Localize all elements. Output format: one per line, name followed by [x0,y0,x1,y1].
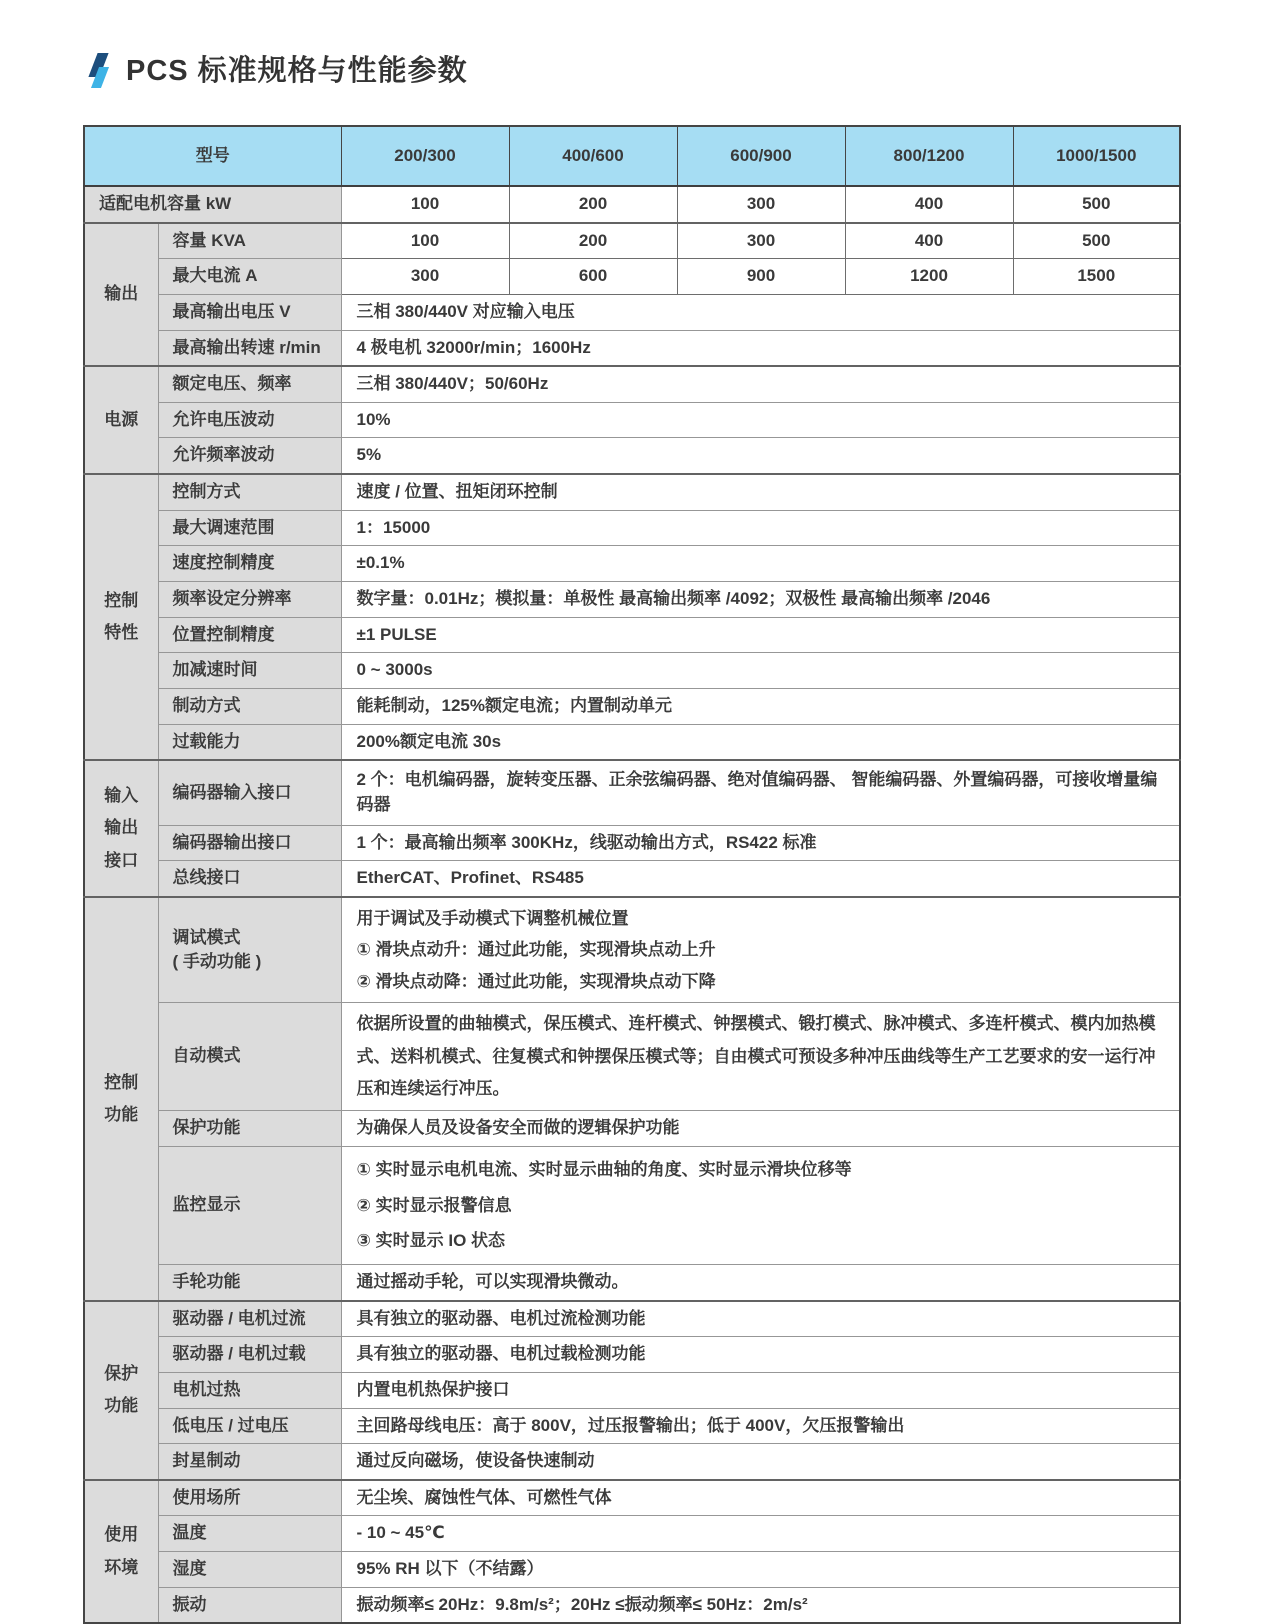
value-cell: 10% [341,402,1180,438]
row-label: 编码器输出接口 [158,825,341,861]
row-label: 控制方式 [158,474,341,510]
row-label: 总线接口 [158,861,341,897]
row-label: 加减速时间 [158,653,341,689]
row-label: 制动方式 [158,688,341,724]
value-cell: 具有独立的驱动器、电机过载检测功能 [341,1337,1180,1373]
row-label: 保护功能 [158,1111,341,1147]
value-cell: 1 个：最高输出频率 300KHz，线驱动输出方式，RS422 标准 [341,825,1180,861]
column-header: 200/300 [341,126,509,186]
row-label: 湿度 [158,1552,341,1588]
value-cell: 300 [341,259,509,295]
page-title: PCS 标准规格与性能参数 [126,52,468,90]
value-cell: - 10 ~ 45℃ [341,1516,1180,1552]
row-label: 过载能力 [158,724,341,760]
value-cell: 无尘埃、腐蚀性气体、可燃性气体 [341,1480,1180,1516]
row-label: 温度 [158,1516,341,1552]
row-label: 适配电机容量 kW [84,186,341,223]
value-cell: 200 [509,223,677,259]
value-cell: 600 [509,259,677,295]
page-header: PCS 标准规格与性能参数 [84,52,468,90]
value-cell: 通过摇动手轮，可以实现滑块微动。 [341,1264,1180,1300]
row-label: 额定电压、频率 [158,366,341,402]
value-cell: 400 [845,186,1013,223]
row-label: 低电压 / 过电压 [158,1408,341,1444]
value-cell: 1200 [845,259,1013,295]
row-label: 驱动器 / 电机过流 [158,1301,341,1337]
row-label: 最高输出电压 V [158,294,341,330]
value-cell: ±1 PULSE [341,617,1180,653]
column-header: 400/600 [509,126,677,186]
value-cell: 300 [677,186,845,223]
row-label: 手轮功能 [158,1264,341,1300]
row-label: 自动模式 [158,1003,341,1111]
row-label: 电机过热 [158,1372,341,1408]
section-label-output: 输出 [84,223,158,367]
section-label-io-interface: 输入 输出 接口 [84,760,158,897]
row-label: 封星制动 [158,1444,341,1480]
value-cell: 1：15000 [341,510,1180,546]
row-label: 振动 [158,1587,341,1623]
row-label: 允许频率波动 [158,438,341,474]
value-cell: 100 [341,186,509,223]
row-label: 位置控制精度 [158,617,341,653]
column-header: 600/900 [677,126,845,186]
row-label: 调试模式 ( 手动功能 ) [158,897,341,1003]
value-cell: 400 [845,223,1013,259]
row-label: 使用场所 [158,1480,341,1516]
value-cell: 依据所设置的曲轴模式，保压模式、连杆模式、钟摆模式、锻打模式、脉冲模式、多连杆模… [341,1003,1180,1111]
column-header: 1000/1500 [1013,126,1180,186]
value-cell: 100 [341,223,509,259]
value-cell: ① 实时显示电机电流、实时显示曲轴的角度、实时显示滑块位移等 ② 实时显示报警信… [341,1146,1180,1264]
row-label: 最大电流 A [158,259,341,295]
value-cell: 三相 380/440V 对应输入电压 [341,294,1180,330]
section-label-control-functions: 控制 功能 [84,897,158,1301]
value-cell: 500 [1013,223,1180,259]
value-cell: 为确保人员及设备安全而做的逻辑保护功能 [341,1111,1180,1147]
row-label: 最高输出转速 r/min [158,330,341,366]
column-header: 800/1200 [845,126,1013,186]
section-label-power: 电源 [84,366,158,474]
value-cell: 数字量：0.01Hz；模拟量：单极性 最高输出频率 /4092；双极性 最高输出… [341,582,1180,618]
value-cell: 4 极电机 32000r/min；1600Hz [341,330,1180,366]
row-label: 驱动器 / 电机过载 [158,1337,341,1373]
value-cell: ±0.1% [341,546,1180,582]
value-cell: 三相 380/440V；50/60Hz [341,366,1180,402]
row-label: 监控显示 [158,1146,341,1264]
row-label: 容量 KVA [158,223,341,259]
row-label: 最大调速范围 [158,510,341,546]
section-label-environment: 使用 环境 [84,1480,158,1624]
value-cell: 900 [677,259,845,295]
value-cell: 具有独立的驱动器、电机过流检测功能 [341,1301,1180,1337]
value-cell: 500 [1013,186,1180,223]
value-cell: 95% RH 以下（不结露） [341,1552,1180,1588]
value-cell: 用于调试及手动模式下调整机械位置 ① 滑块点动升：通过此功能，实现滑块点动上升 … [341,897,1180,1003]
value-cell: 0 ~ 3000s [341,653,1180,689]
bolt-icon [84,52,116,90]
value-cell: 200 [509,186,677,223]
value-cell: 200%额定电流 30s [341,724,1180,760]
page: PCS 标准规格与性能参数 型号 200/300 400/600 600/900… [0,0,1262,1600]
spec-table: 型号 200/300 400/600 600/900 800/1200 1000… [83,125,1181,1624]
value-cell: 内置电机热保护接口 [341,1372,1180,1408]
value-cell: 振动频率≤ 20Hz：9.8m/s²；20Hz ≤振动频率≤ 50Hz：2m/s… [341,1587,1180,1623]
model-header-cell: 型号 [84,126,341,186]
value-cell: 1500 [1013,259,1180,295]
value-cell: 5% [341,438,1180,474]
value-cell: EtherCAT、Profinet、RS485 [341,861,1180,897]
value-cell: 2 个：电机编码器，旋转变压器、正余弦编码器、绝对值编码器、 智能编码器、外置编… [341,760,1180,825]
value-cell: 能耗制动，125%额定电流；内置制动单元 [341,688,1180,724]
row-label: 允许电压波动 [158,402,341,438]
row-label: 频率设定分辨率 [158,582,341,618]
value-cell: 主回路母线电压：高于 800V，过压报警输出；低于 400V，欠压报警输出 [341,1408,1180,1444]
section-label-control-characteristics: 控制 特性 [84,474,158,760]
row-label: 编码器输入接口 [158,760,341,825]
value-cell: 通过反向磁场，使设备快速制动 [341,1444,1180,1480]
section-label-protection-functions: 保护 功能 [84,1301,158,1480]
value-cell: 300 [677,223,845,259]
value-cell: 速度 / 位置、扭矩闭环控制 [341,474,1180,510]
row-label: 速度控制精度 [158,546,341,582]
